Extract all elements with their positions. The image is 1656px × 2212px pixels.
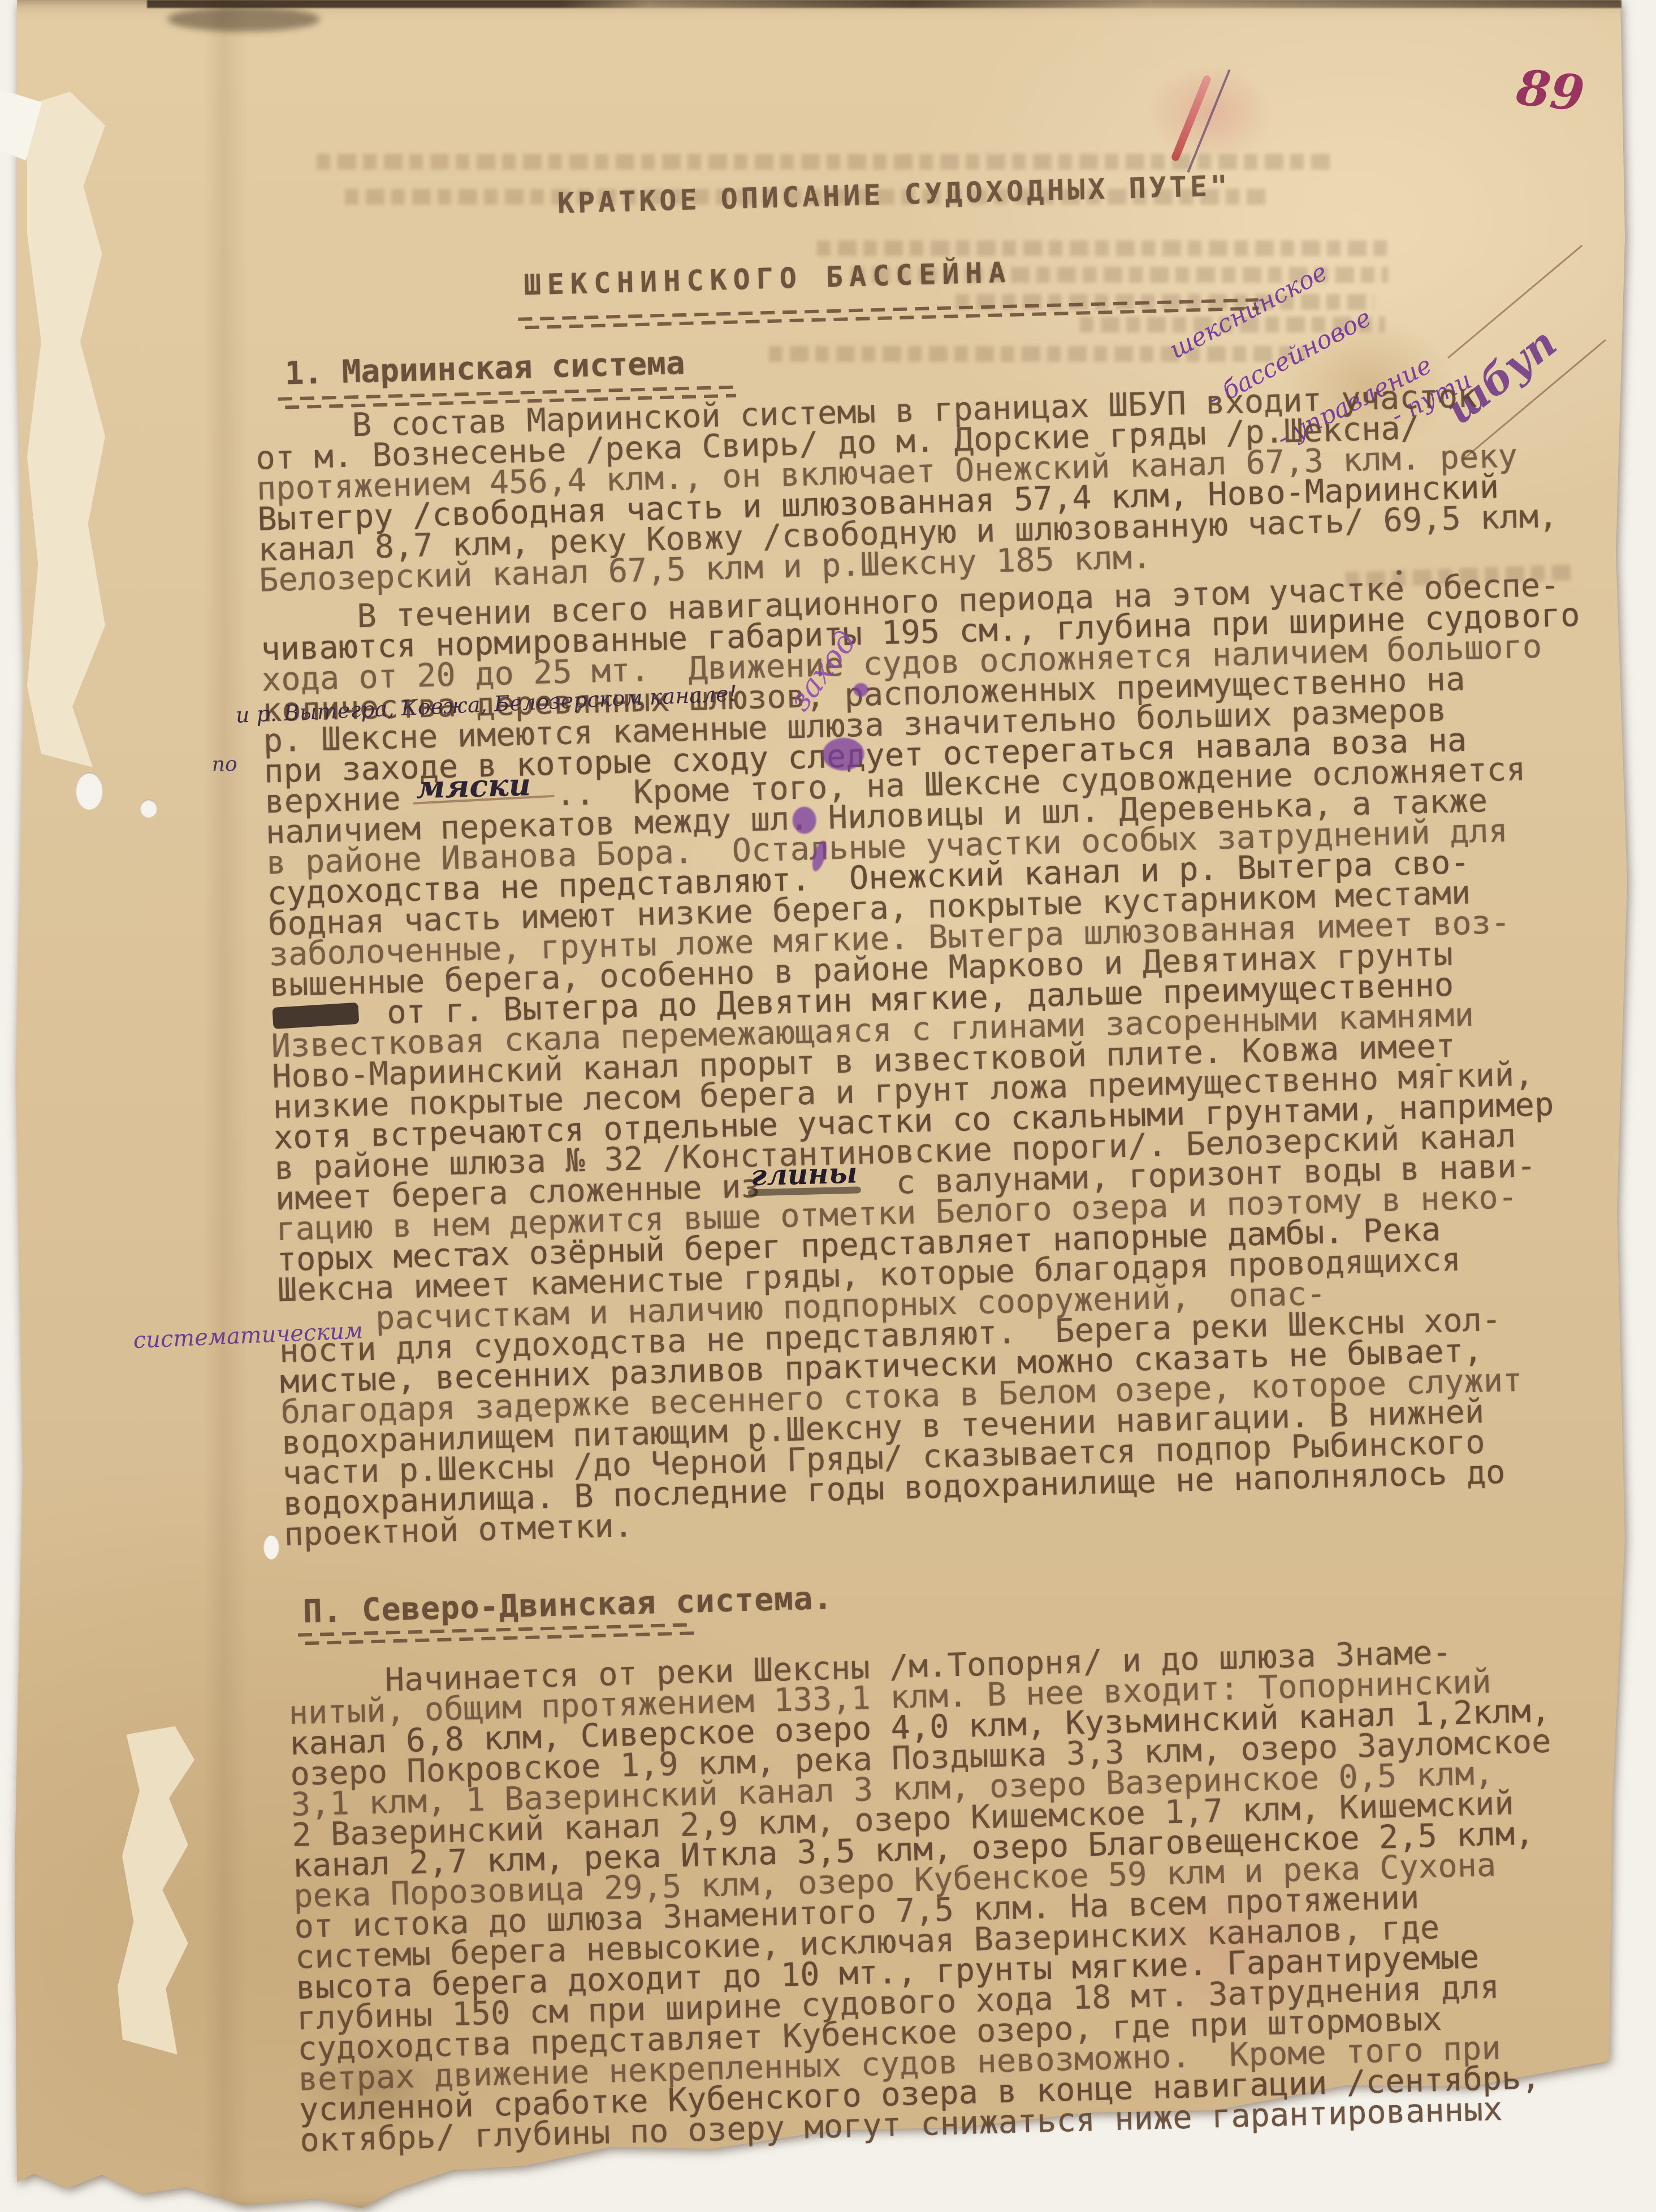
handwritten-clay-word: глины xyxy=(750,1156,858,1192)
corner-smudge xyxy=(167,7,320,32)
section-2-heading: П. Северо-Двинская система. xyxy=(302,1580,833,1631)
title-dashed-underline xyxy=(518,298,1259,329)
typed-line: проектной отметки. xyxy=(284,1510,634,1550)
document-text-block: КРАТКОЕ ОПИСАНИЕ СУДОХОДНЫХ ПУТЕ" ШЕКСНИ… xyxy=(249,150,1656,2176)
section-1-heading: 1. Мариинская система xyxy=(284,345,685,392)
paper-hole xyxy=(140,800,157,818)
scan-top-shadow xyxy=(147,0,1622,8)
page-number: 89 xyxy=(1514,59,1587,123)
scanned-document-page: 89 шекснинское - бассейновое - управлени… xyxy=(0,0,1656,2212)
document-title-line1: КРАТКОЕ ОПИСАНИЕ СУДОХОДНЫХ ПУТЕ" xyxy=(557,170,1231,220)
document-title-line2: ШЕКСНИНСКОГО БАССЕЙНА xyxy=(524,256,1012,302)
handwritten-margin-word: по xyxy=(211,753,237,776)
paper-hole xyxy=(263,1535,279,1559)
paper-hole xyxy=(76,772,103,810)
